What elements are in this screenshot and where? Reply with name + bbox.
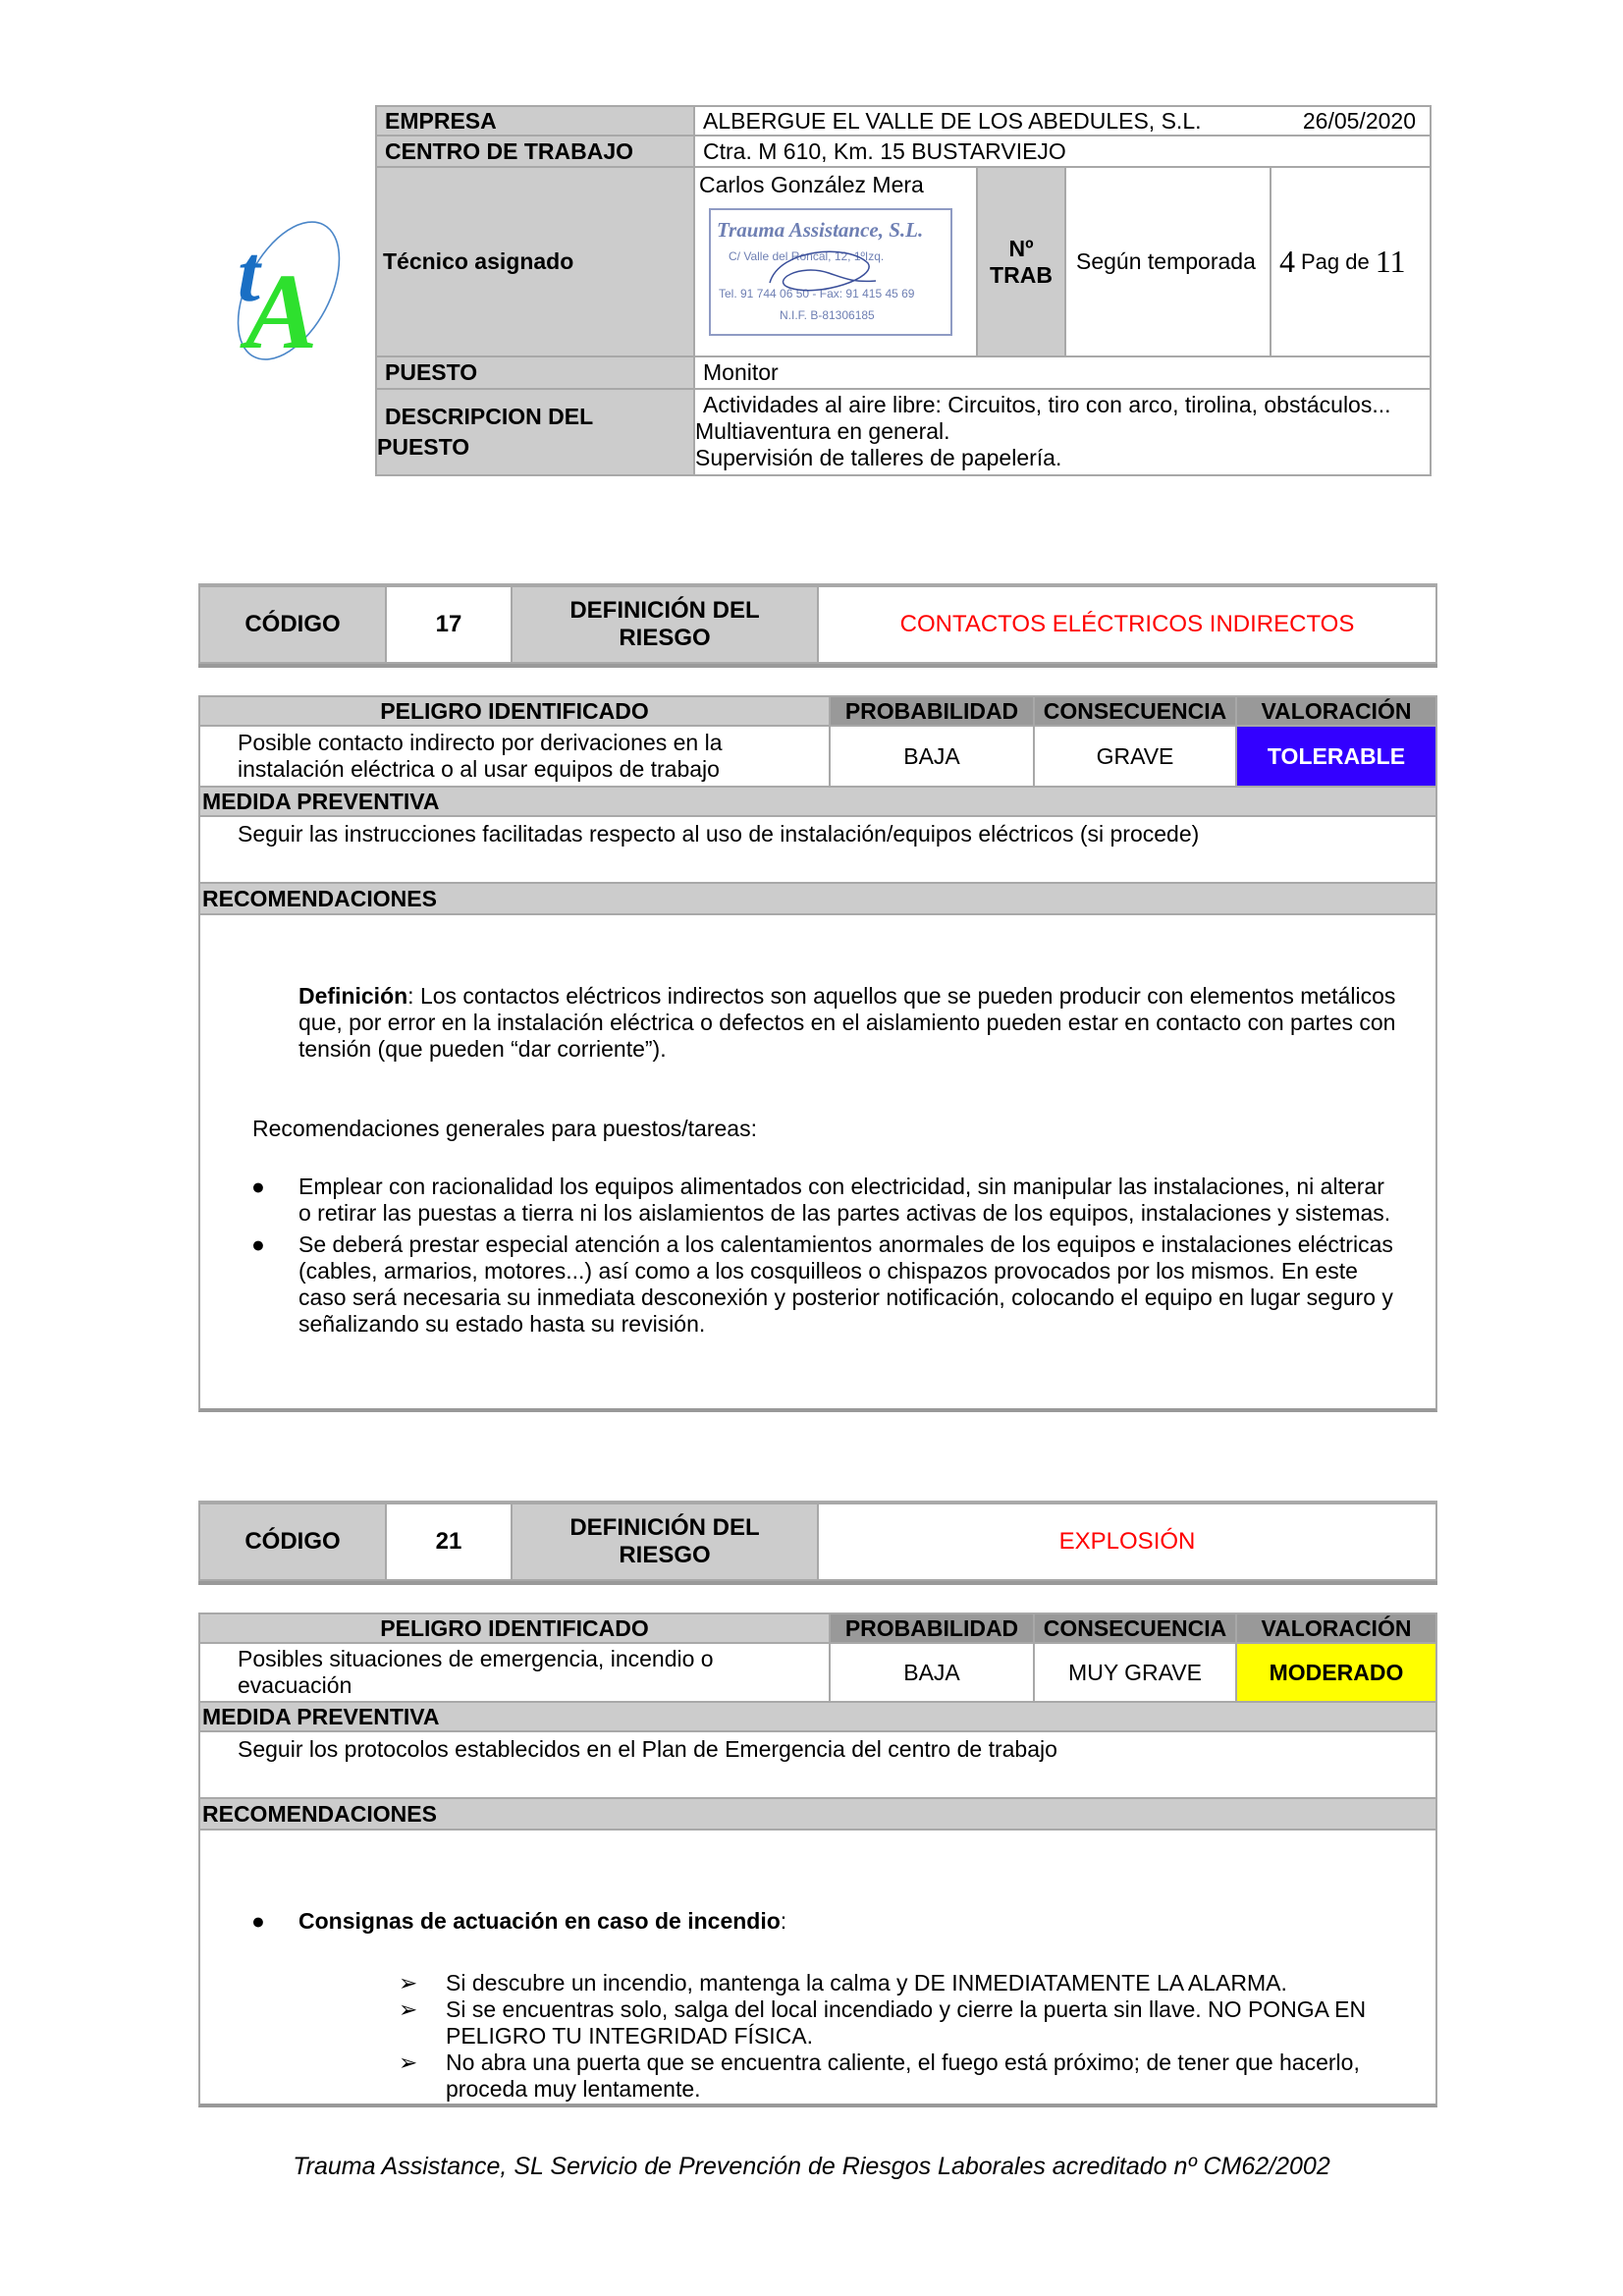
page-total: 11 xyxy=(1376,244,1406,280)
puesto-label: PUESTO xyxy=(375,355,695,390)
consignas-colon: : xyxy=(781,1908,786,1934)
peligro-line-1: Posible contacto indirecto por derivacio… xyxy=(238,730,723,756)
list-item: ● Se deberá prestar especial atención a … xyxy=(298,1231,1437,1338)
definicion-text-1: : Los contactos eléctricos indirectos so… xyxy=(407,983,1395,1009)
consignas-title: ● Consignas de actuación en caso de ince… xyxy=(298,1908,786,1935)
company-logo: t A xyxy=(218,210,355,367)
tecnico-value: Carlos González Mera xyxy=(699,172,924,198)
descripcion-value: Actividades al aire libre: Circuitos, ti… xyxy=(693,388,1432,476)
stamp-line-4: N.I.F. B-81306185 xyxy=(780,308,875,322)
arrow-bullet-icon: ➢ xyxy=(399,2050,417,2076)
descripcion-label-line-2: PUESTO xyxy=(377,434,469,461)
definicion-text-3: tensión (que pueden “dar corriente”). xyxy=(298,1036,1437,1063)
valoracion-badge: MODERADO xyxy=(1235,1642,1437,1703)
peligro-line-1: Posibles situaciones de emergencia, ince… xyxy=(238,1646,714,1672)
subitem-2-line-2: PELIGRO TU INTEGRIDAD FÍSICA. xyxy=(446,2023,1437,2050)
consecuencia-header: CONSECUENCIA xyxy=(1033,695,1237,727)
ntrab-label: Nº TRAB xyxy=(976,166,1066,357)
arrow-bullet-icon: ➢ xyxy=(399,1996,417,2023)
medida-header: MEDIDA PREVENTIVA xyxy=(198,786,1437,817)
valoracion-header: VALORACIÓN xyxy=(1235,1613,1437,1644)
tecnico-label: Técnico asignado xyxy=(375,166,695,357)
logo-icon: t A xyxy=(218,210,355,367)
recomendaciones-header: RECOMENDACIONES xyxy=(198,882,1437,915)
probabilidad-header: PROBABILIDAD xyxy=(829,1613,1035,1644)
arrow-bullet-icon: ➢ xyxy=(399,1970,417,1996)
ntrab-label-line-1: Nº xyxy=(1008,236,1033,262)
bullet-2-line-3: caso será necesaria su inmediata descone… xyxy=(298,1285,1437,1311)
definicion-label: DEFINICIÓN DEL RIESGO xyxy=(511,585,819,664)
ntrab-label-line-2: TRAB xyxy=(990,262,1053,289)
company-stamp: Trauma Assistance, S.L. C/ Valle del Ron… xyxy=(709,208,952,336)
empresa-label: EMPRESA xyxy=(375,105,695,137)
medida-value: Seguir los protocolos establecidos en el… xyxy=(198,1730,1437,1799)
subitem-2-line-1: Si se encuentras solo, salga del local i… xyxy=(446,1996,1437,2023)
bullet-2-line-2: (cables, armarios, motores...) así como … xyxy=(298,1258,1437,1285)
codigo-label: CÓDIGO xyxy=(198,1503,387,1581)
list-item: ➢ No abra una puerta que se encuentra ca… xyxy=(446,2050,1437,2103)
centro-value: Ctra. M 610, Km. 15 BUSTARVIEJO xyxy=(693,135,1432,168)
definicion-label-line-2: RIESGO xyxy=(619,1542,710,1569)
subitem-3-line-2: proceda muy lentamente. xyxy=(446,2076,1437,2103)
page-indicator: 4 Pag de 11 xyxy=(1270,166,1432,357)
definicion-text-2: que, por error en la instalación eléctri… xyxy=(298,1010,1437,1036)
probabilidad-value: BAJA xyxy=(829,1642,1035,1703)
peligro-line-2: evacuación xyxy=(238,1672,352,1699)
probabilidad-header: PROBABILIDAD xyxy=(829,695,1035,727)
definicion-label-line-1: DEFINICIÓN DEL xyxy=(569,597,759,625)
definicion-term: Definición xyxy=(298,983,407,1009)
descripcion-line-1: Actividades al aire libre: Circuitos, ti… xyxy=(695,392,1391,418)
descripcion-line-3: Supervisión de talleres de papelería. xyxy=(695,445,1061,471)
centro-label: CENTRO DE TRABAJO xyxy=(375,135,695,168)
puesto-value: Monitor xyxy=(693,355,1432,390)
definicion-label: DEFINICIÓN DEL RIESGO xyxy=(511,1503,819,1581)
list-item: ● Emplear con racionalidad los equipos a… xyxy=(298,1174,1437,1227)
empresa-value: ALBERGUE EL VALLE DE LOS ABEDULES, S.L. xyxy=(703,108,1202,135)
codigo-label: CÓDIGO xyxy=(198,585,387,664)
recomendaciones-header: RECOMENDACIONES xyxy=(198,1797,1437,1831)
risk-definition: CONTACTOS ELÉCTRICOS INDIRECTOS xyxy=(817,585,1437,664)
consecuencia-value: MUY GRAVE xyxy=(1033,1642,1237,1703)
consignas-title-text: Consignas de actuación en caso de incend… xyxy=(298,1908,781,1934)
bullet-1-line-1: Emplear con racionalidad los equipos ali… xyxy=(298,1174,1437,1200)
signature-icon xyxy=(760,244,888,302)
page-separator: Pag de xyxy=(1301,249,1370,275)
peligro-line-2: instalación eléctrica o al usar equipos … xyxy=(238,756,720,783)
peligro-header: PELIGRO IDENTIFICADO xyxy=(198,695,831,727)
svg-text:A: A xyxy=(240,251,317,367)
bullet-2-line-4: señalizando su estado hasta su revisión. xyxy=(298,1311,1437,1338)
list-item: ➢ Si descubre un incendio, mantenga la c… xyxy=(446,1970,1437,1996)
definicion-label-line-2: RIESGO xyxy=(619,625,710,652)
recommendations-list: ● Emplear con racionalidad los equipos a… xyxy=(298,1174,1437,1338)
probabilidad-value: BAJA xyxy=(829,725,1035,788)
subitem-1-line-1: Si descubre un incendio, mantenga la cal… xyxy=(446,1970,1437,1996)
page-current: 4 xyxy=(1279,244,1295,280)
medida-value: Seguir las instrucciones facilitadas res… xyxy=(198,815,1437,884)
definicion-label-line-1: DEFINICIÓN DEL xyxy=(569,1514,759,1542)
list-item: ➢ Si se encuentras solo, salga del local… xyxy=(446,1996,1437,2050)
bullet-icon: ● xyxy=(251,1908,265,1935)
valoracion-header: VALORACIÓN xyxy=(1235,695,1437,727)
page-footer: Trauma Assistance, SL Servicio de Preven… xyxy=(0,2153,1623,2181)
peligro-value: Posibles situaciones de emergencia, ince… xyxy=(198,1642,831,1703)
bullet-icon: ● xyxy=(251,1174,265,1200)
definicion-paragraph: Definición: Los contactos eléctricos ind… xyxy=(298,983,1437,1063)
peligro-value: Posible contacto indirecto por derivacio… xyxy=(198,725,831,788)
bullet-2-line-1: Se deberá prestar especial atención a lo… xyxy=(298,1231,1437,1258)
peligro-header: PELIGRO IDENTIFICADO xyxy=(198,1613,831,1644)
consignas-list: ➢ Si descubre un incendio, mantenga la c… xyxy=(446,1970,1437,2103)
stamp-line-1: Trauma Assistance, S.L. xyxy=(717,218,923,243)
consecuencia-header: CONSECUENCIA xyxy=(1033,1613,1237,1644)
consecuencia-value: GRAVE xyxy=(1033,725,1237,788)
report-date: 26/05/2020 xyxy=(1303,108,1416,135)
empresa-cell: ALBERGUE EL VALLE DE LOS ABEDULES, S.L. … xyxy=(693,105,1432,137)
descripcion-label-line-1: DESCRIPCION DEL xyxy=(377,404,593,430)
ntrab-value: Según temporada xyxy=(1064,166,1271,357)
general-recommendations-title: Recomendaciones generales para puestos/t… xyxy=(252,1116,757,1142)
risk-definition: EXPLOSIÓN xyxy=(817,1503,1437,1581)
bullet-icon: ● xyxy=(251,1231,265,1258)
codigo-value: 21 xyxy=(385,1503,513,1581)
valoracion-badge: TOLERABLE xyxy=(1235,725,1437,788)
bullet-1-line-2: o retirar las puestas a tierra ni los ai… xyxy=(298,1200,1437,1227)
medida-header: MEDIDA PREVENTIVA xyxy=(198,1701,1437,1732)
subitem-3-line-1: No abra una puerta que se encuentra cali… xyxy=(446,2050,1437,2076)
codigo-value: 17 xyxy=(385,585,513,664)
descripcion-line-2: Multiaventura en general. xyxy=(695,418,950,445)
descripcion-label: DESCRIPCION DEL PUESTO xyxy=(375,388,695,476)
